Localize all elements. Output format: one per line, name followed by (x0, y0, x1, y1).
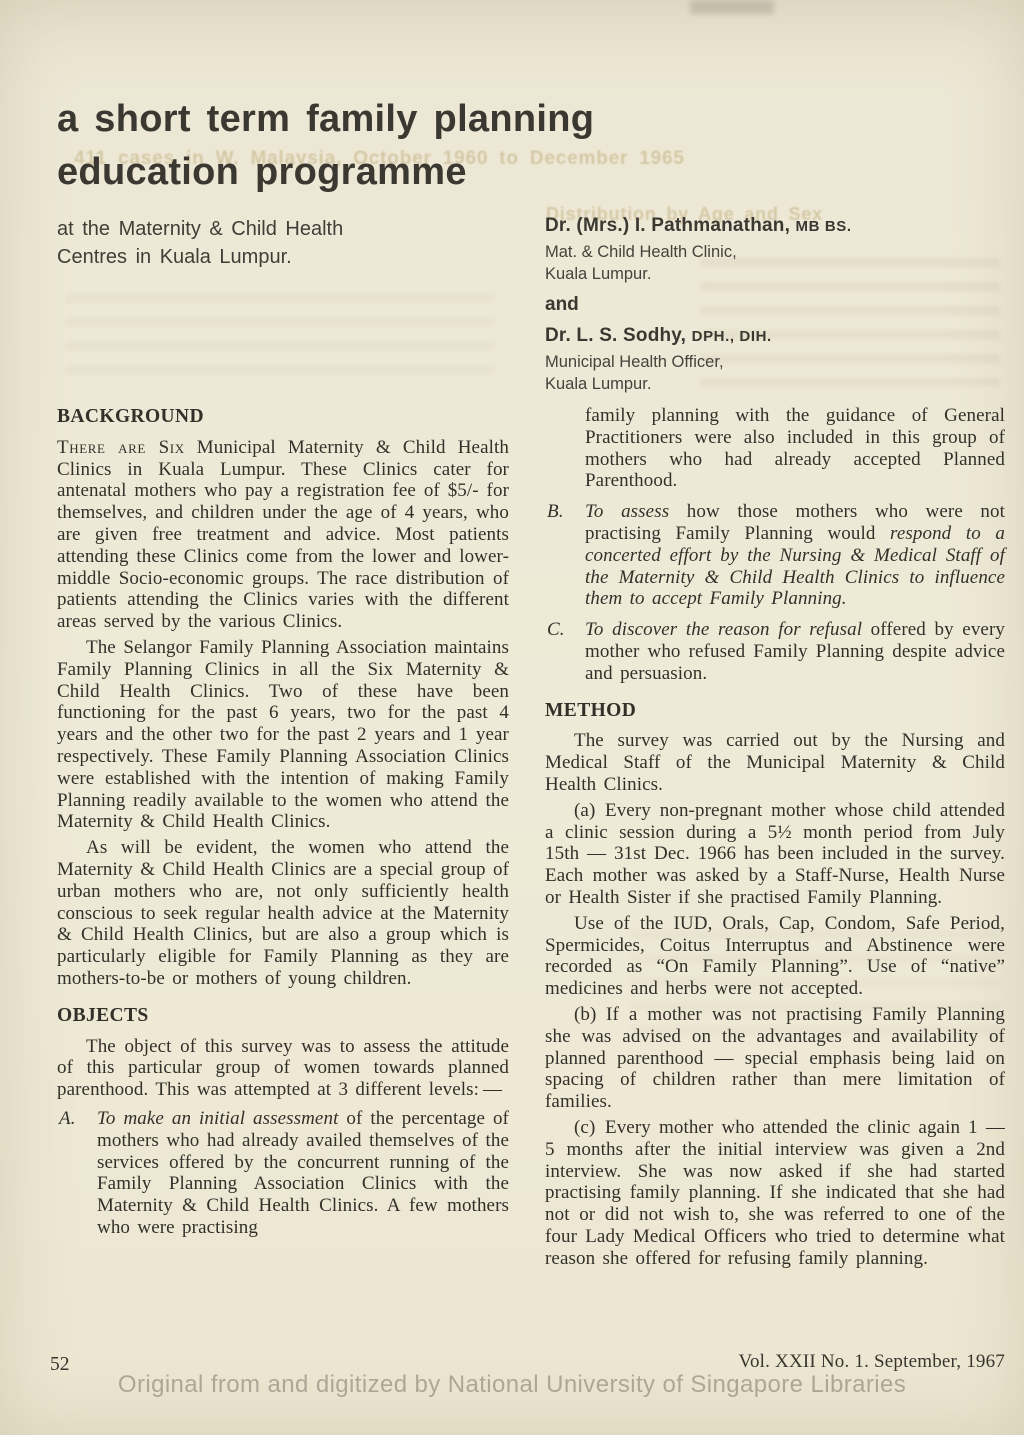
author-1-fullname: Dr. (Mrs.) I. Pathmanathan, (545, 215, 790, 236)
subtitle-line1: at the Maternity & Child Health (57, 218, 343, 240)
objects-list-item-c: C.To discover the reason for refusal off… (545, 619, 1005, 684)
author-1-name: Dr. (Mrs.) I. Pathmanathan, MB BS. (545, 214, 1015, 239)
journal-issue: Vol. XXII No. 1. September, 1967 (738, 1351, 1005, 1373)
objects-list-item-a: A.To make an initial assessment of the p… (57, 1108, 509, 1239)
author-2-qualifications: DPH., DIH. (692, 328, 772, 345)
objects-item-c-label: C. (547, 619, 565, 641)
digitization-watermark: Original from and digitized by National … (0, 1371, 1024, 1399)
left-column: BACKGROUND There are Six Municipal Mater… (57, 405, 509, 1248)
method-paragraph-c: (c) Every mother who attended the clinic… (545, 1117, 1005, 1270)
bleedthrough-smudge (66, 294, 494, 390)
method-paragraph-a: (a) Every non-pregnant mother whose chil… (545, 800, 1005, 909)
objects-item-b-label: B. (547, 501, 564, 523)
objects-list-item-b: B.To assess how those mothers who were n… (545, 501, 1005, 610)
article-title: a short term family planningeducation pr… (57, 93, 594, 199)
background-paragraph-1: There are Six Municipal Maternity & Chil… (57, 437, 509, 633)
background-paragraph-1-rest: Municipal Maternity & Child Health Clini… (57, 437, 509, 632)
author-2-affiliation-line2: Kuala Lumpur. (545, 375, 651, 393)
scan-edge-smudge (690, 0, 774, 14)
objects-item-a-label: A. (59, 1108, 76, 1130)
author-block: Dr. (Mrs.) I. Pathmanathan, MB BS. Mat. … (545, 214, 1015, 395)
objects-item-b-italic-lead: To assess (585, 501, 669, 522)
author-1-affiliation-line1: Mat. & Child Health Clinic, (545, 243, 737, 261)
author-2-name: Dr. L. S. Sodhy, DPH., DIH. (545, 324, 1015, 349)
objects-item-a-continuation: family planning with the guidance of Gen… (585, 405, 1005, 492)
method-paragraph-use: Use of the IUD, Orals, Cap, Condom, Safe… (545, 913, 1005, 1000)
section-heading-background: BACKGROUND (57, 406, 509, 428)
background-paragraph-2: The Selangor Family Planning Association… (57, 637, 509, 833)
article-subtitle: at the Maternity & Child HealthCentres i… (57, 215, 343, 271)
right-column: family planning with the guidance of Gen… (545, 405, 1005, 1273)
subtitle-line2: Centres in Kuala Lumpur. (57, 246, 292, 268)
article-title-line2: education programme (57, 151, 467, 193)
author-1-qualifications: MB BS. (796, 218, 852, 235)
objects-item-c-italic-lead: To discover the reason for refusal (585, 619, 862, 640)
method-intro-paragraph: The survey was carried out by the Nursin… (545, 730, 1005, 795)
objects-item-a-italic-lead: To make an initial assessment (97, 1108, 338, 1129)
background-paragraph-3: As will be evident, the women who attend… (57, 837, 509, 990)
author-1-affiliation-line2: Kuala Lumpur. (545, 265, 651, 283)
objects-intro-paragraph: The object of this survey was to assess … (57, 1036, 509, 1101)
section-heading-objects: OBJECTS (57, 1005, 509, 1027)
method-paragraph-b: (b) If a mother was not practising Famil… (545, 1004, 1005, 1113)
author-2-affiliation-line1: Municipal Health Officer, (545, 353, 724, 371)
background-paragraph-1-lead: There are Six (57, 437, 185, 458)
author-1-affiliation: Mat. & Child Health Clinic,Kuala Lumpur. (545, 241, 1015, 285)
author-2-affiliation: Municipal Health Officer,Kuala Lumpur. (545, 351, 1015, 395)
article-title-line1: a short term family planning (57, 98, 594, 140)
journal-page: 411 cases in W. Malaysia, October 1960 t… (0, 0, 1024, 1435)
author-connector: and (545, 294, 1015, 316)
section-heading-method: METHOD (545, 700, 1005, 722)
author-2-fullname: Dr. L. S. Sodhy, (545, 325, 686, 346)
